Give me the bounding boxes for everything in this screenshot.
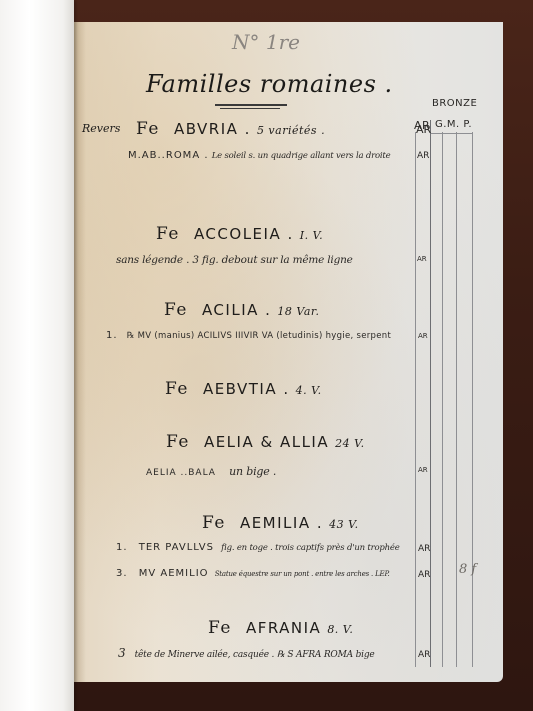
coin-description: sans légende . 3 fig. debout sur la même… [116,254,353,266]
family-heading-aebvtia: FeAEBVTIA .4. V. [165,379,322,399]
variety-count: 8. V. [327,623,353,636]
family-prefix: Fe [208,618,232,638]
coin-description: fig. en toge . trois captifs près d'un t… [221,543,399,553]
column-rule-2 [430,120,431,667]
coin-description: Le soleil s. un quadrige allant vers la … [212,151,391,161]
entry-row: 3. MV AEMILIO Statue équestre sur un pon… [116,568,390,579]
variety-count: I. V. [300,229,323,242]
family-prefix: Fe [165,379,189,399]
family-heading-afrania: FeAFRANIA8. V. [208,618,353,638]
entry-row: 1. TER PAVLLVS fig. en toge . trois capt… [116,542,400,553]
coin-legend: MV AEMILIO [139,568,209,579]
page-number-mark: N° 1re [232,30,300,54]
family-prefix: Fe [166,432,190,452]
metal-ar: AR [418,332,428,340]
entry-row: sans légende . 3 fig. debout sur la même… [116,254,353,266]
family-heading-accoleia: FeACCOLEIA .I. V. [156,224,323,244]
margin-note-revers: Revers [82,122,120,135]
bronze-header: BRONZE [432,98,477,109]
family-prefix: Fe [164,300,188,320]
ledger-page: N° 1re Familles romaines . BRONZE AR G.M… [72,22,503,682]
metal-ar: AR [418,570,430,580]
binding-shadow [72,22,86,682]
variety-count: 43 V. [329,518,359,531]
metal-ar: AR [418,544,430,554]
family-heading-aemilia: FeAEMILIA .43 V. [202,513,359,533]
coin-legend: M.AB..ROMA . [128,150,209,161]
family-heading-aelia-allia: FeAELIA & ALLIA24 V. [166,432,365,452]
pencil-note: 8 f [459,562,476,577]
header-rule [430,133,473,134]
family-prefix: Fe [156,224,180,244]
family-name: AEBVTIA . [203,380,290,398]
coin-description: tête de Minerve ailée, casquée . ℞ S AFR… [135,650,375,660]
family-prefix: Fe [136,119,160,139]
entry-row: 3 tête de Minerve ailée, casquée . ℞ S A… [118,646,375,660]
entry-number: 1. [106,330,118,341]
coin-legend: TER PAVLLVS [139,542,214,553]
family-name: ACILIA . [202,301,271,319]
entry-row: M.AB..ROMA . Le soleil s. un quadrige al… [128,150,390,161]
variety-count: 24 V. [335,437,365,450]
column-rule-1 [415,132,416,667]
metal-ar: AR [416,123,431,136]
family-heading-acilia: FeACILIA .18 Var. [164,300,319,320]
family-heading-abvria: FeABVRIA .5 variétés . [136,119,325,139]
gmp-header: G.M. P. [435,119,472,130]
entry-number: 3 [118,646,125,660]
column-rule-5 [472,132,473,667]
title-underline [215,104,287,106]
metal-ar: AR [417,255,427,263]
family-name: ACCOLEIA . [194,225,294,243]
family-name: ABVRIA . [174,120,251,138]
metal-ar: AR [417,151,429,161]
column-rule-4 [456,132,457,667]
coin-legend: ℞ MV (manius) ACILIVS IIIVIR VA (letudin… [127,331,391,341]
title-underline-2 [220,108,280,109]
family-name: AELIA & ALLIA [204,433,329,451]
family-prefix: Fe [202,513,226,533]
variety-count: 18 Var. [277,305,319,318]
column-rule-3 [442,132,443,667]
family-name: AEMILIA . [240,514,323,532]
entry-row: AELIA ..BALA un bige . [146,465,276,478]
family-name: AFRANIA [246,619,321,637]
coin-description: Statue équestre sur un pont . entre les … [215,570,390,578]
metal-ar: AR [418,466,428,474]
metal-ar: AR [418,650,430,660]
coin-legend: AELIA ..BALA [146,468,216,478]
entry-row: 1. ℞ MV (manius) ACILIVS IIIVIR VA (letu… [106,330,391,341]
entry-number: 1. [116,542,128,553]
variety-count: 4. V. [296,384,322,397]
facing-blank-page [0,0,74,711]
page-title: Familles romaines . [146,70,393,98]
entry-number: 3. [116,568,128,579]
coin-description: un bige . [229,465,276,478]
variety-count: 5 variétés . [257,124,325,137]
